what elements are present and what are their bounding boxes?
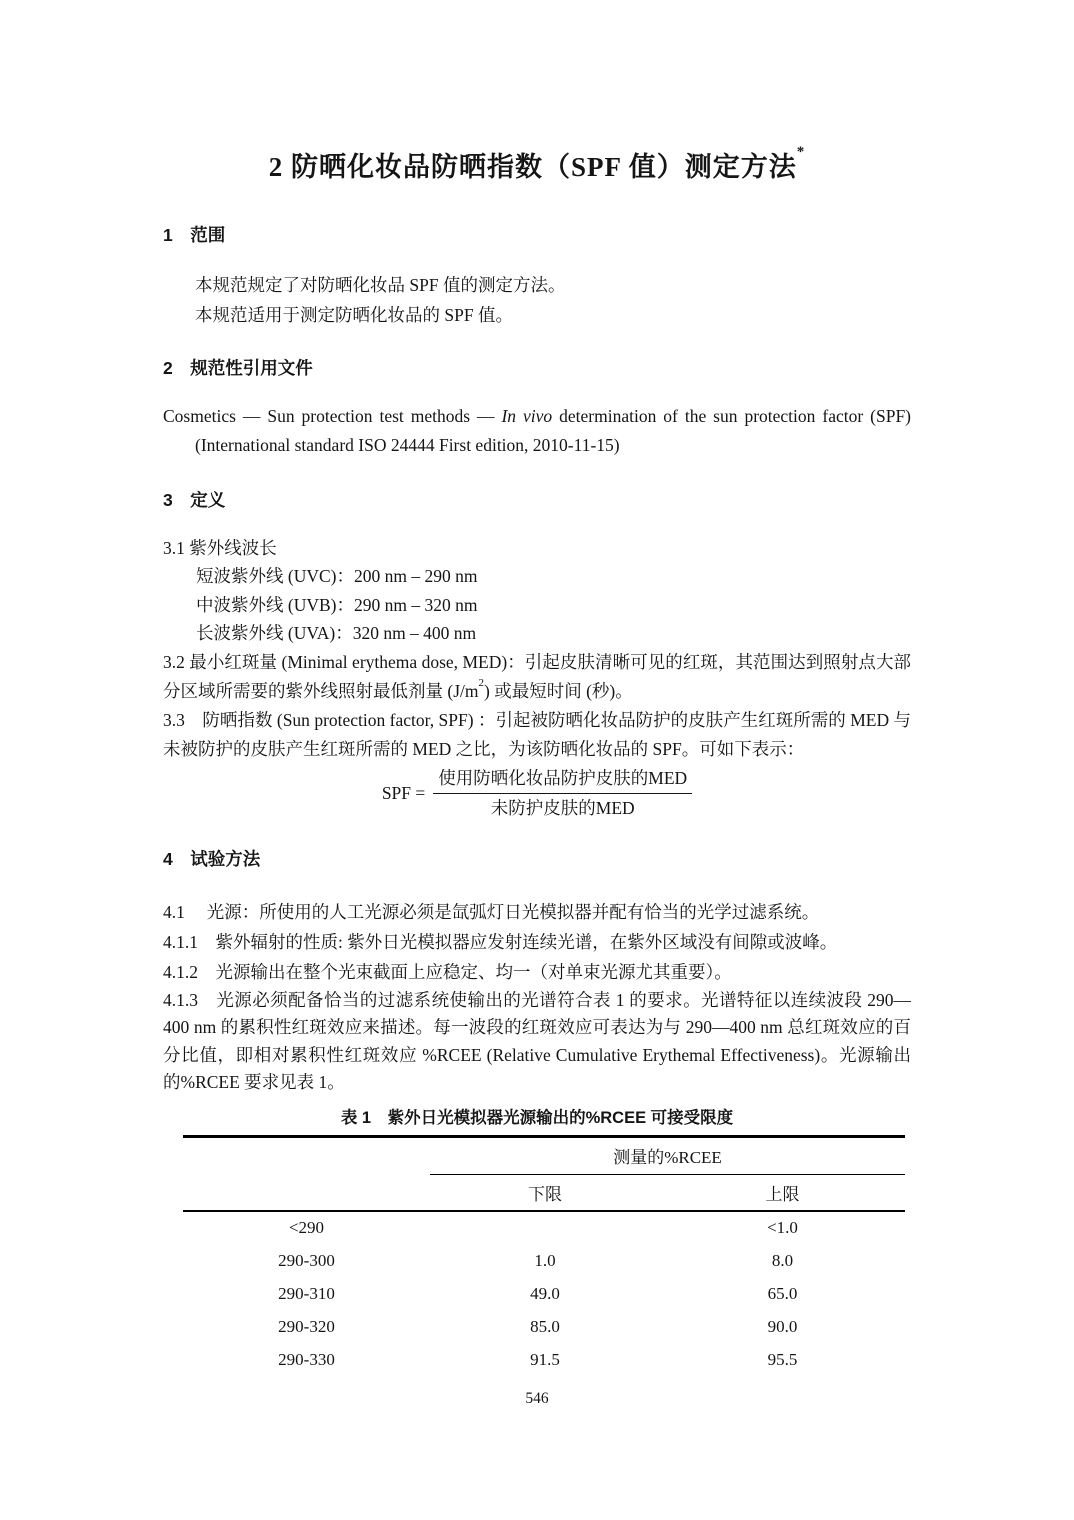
paragraph-4-1-1: 4.1.1 紫外辐射的性质: 紫外日光模拟器应发射连续光谱，在紫外区域没有间隙或… — [163, 927, 911, 957]
med-unit-superscript: 2 — [479, 677, 485, 689]
table-row-column-headers: 下限 上限 — [183, 1174, 905, 1211]
document-page: 2 防晒化妆品防晒指数（SPF 值）测定方法* 1 范围 本规范规定了对防晒化妆… — [0, 0, 1074, 1520]
table-row: <290 <1.0 — [183, 1211, 905, 1244]
cell-range: 290-330 — [183, 1343, 430, 1376]
paragraph-4-1-2: 4.1.2 光源输出在整个光束截面上应稳定、均一（对单束光源尤其重要）。 — [163, 957, 911, 987]
title-footnote-asterisk: * — [797, 144, 806, 160]
table-header-upper-limit: 上限 — [660, 1174, 905, 1211]
table-row-spanning-header: 测量的%RCEE — [183, 1136, 905, 1174]
rcee-limits-table: 测量的%RCEE 下限 上限 <290 <1.0 290-300 1.0 8.0… — [183, 1135, 905, 1377]
table-cell-empty — [183, 1174, 430, 1211]
table-header-lower-limit: 下限 — [430, 1174, 660, 1211]
cell-range: 290-320 — [183, 1310, 430, 1343]
uv-range-uvc: 短波紫外线 (UVC)：200 nm – 290 nm — [196, 562, 911, 591]
cell-upper: <1.0 — [660, 1211, 905, 1244]
formula-denominator: 未防护皮肤的MED — [433, 794, 692, 819]
med-text-part2: ) 或最短时间 (秒)。 — [484, 681, 633, 701]
cell-upper: 8.0 — [660, 1244, 905, 1277]
document-title: 2 防晒化妆品防晒指数（SPF 值）测定方法* — [163, 147, 911, 187]
table-row: 290-300 1.0 8.0 — [183, 1244, 905, 1277]
cell-upper: 90.0 — [660, 1310, 905, 1343]
table-row: 290-320 85.0 90.0 — [183, 1310, 905, 1343]
formula-lhs: SPF = — [382, 782, 425, 804]
heading-scope: 1 范围 — [163, 223, 911, 247]
document-title-text: 2 防晒化妆品防晒指数（SPF 值）测定方法 — [269, 152, 797, 182]
scope-paragraph-2: 本规范适用于测定防晒化妆品的 SPF 值。 — [163, 300, 911, 330]
formula-numerator: 使用防晒化妆品防护皮肤的MED — [433, 768, 692, 794]
table-cell-empty — [183, 1136, 430, 1174]
cell-range: 290-310 — [183, 1277, 430, 1310]
cell-lower: 91.5 — [430, 1343, 660, 1376]
heading-test-methods: 4 试验方法 — [163, 847, 911, 871]
paragraph-4-1-3: 4.1.3 光源必须配备恰当的过滤系统使输出的光谱符合表 1 的要求。光谱特征以… — [163, 987, 911, 1097]
scope-paragraph-1: 本规范规定了对防晒化妆品 SPF 值的测定方法。 — [163, 270, 911, 300]
heading-normative-references: 2 规范性引用文件 — [163, 356, 911, 380]
paragraph-4-1: 4.1 光源：所使用的人工光源必须是氙弧灯日光模拟器并配有恰当的光学过滤系统。 — [163, 897, 911, 927]
cell-lower: 1.0 — [430, 1244, 660, 1277]
page-content: 2 防晒化妆品防晒指数（SPF 值）测定方法* 1 范围 本规范规定了对防晒化妆… — [163, 0, 911, 1410]
cell-lower — [430, 1211, 660, 1244]
uv-range-uvb: 中波紫外线 (UVB)：290 nm – 320 nm — [196, 591, 911, 620]
table-spanning-header: 测量的%RCEE — [430, 1136, 905, 1174]
page-number: 546 — [163, 1388, 911, 1410]
definition-uv-wavelength-heading: 3.1 紫外线波长 — [163, 534, 911, 562]
reference-text-italic: In vivo — [501, 406, 552, 426]
reference-entry: Cosmetics — Sun protection test methods … — [163, 402, 911, 460]
uv-range-uva: 长波紫外线 (UVA)：320 nm – 400 nm — [196, 619, 911, 648]
reference-text-part1: Cosmetics — Sun protection test methods … — [163, 406, 501, 426]
definition-med: 3.2 最小红斑量 (Minimal erythema dose, MED)：引… — [163, 648, 911, 706]
cell-lower: 85.0 — [430, 1310, 660, 1343]
cell-upper: 65.0 — [660, 1277, 905, 1310]
heading-definitions: 3 定义 — [163, 488, 911, 512]
spf-formula: SPF = 使用防晒化妆品防护皮肤的MED 未防护皮肤的MED — [163, 768, 911, 819]
cell-range: <290 — [183, 1211, 430, 1244]
table1-caption: 表 1 紫外日光模拟器光源输出的%RCEE 可接受限度 — [163, 1105, 911, 1131]
cell-range: 290-300 — [183, 1244, 430, 1277]
cell-lower: 49.0 — [430, 1277, 660, 1310]
definition-spf: 3.3 防晒指数 (Sun protection factor, SPF) ：引… — [163, 706, 911, 764]
formula-fraction: 使用防晒化妆品防护皮肤的MED 未防护皮肤的MED — [433, 768, 692, 819]
table-row: 290-310 49.0 65.0 — [183, 1277, 905, 1310]
table-row: 290-330 91.5 95.5 — [183, 1343, 905, 1376]
cell-upper: 95.5 — [660, 1343, 905, 1376]
